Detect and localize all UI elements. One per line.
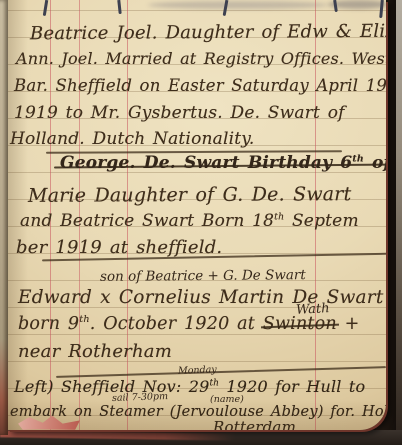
marriage-entry-line3: Bar. Sheffield on Easter Saturday April …: [14, 76, 386, 95]
struck-place-name: Swinton: [263, 314, 337, 334]
edward-entry-line2: born 9th. October 1920 at Swinton +: [18, 314, 360, 334]
marriage-entry-line2: Ann. Joel. Married at Registry Offices. …: [16, 49, 386, 68]
departure-line3: Rotterdam: [213, 418, 296, 430]
sail-time-annotation: sail 7-30pm: [112, 391, 168, 404]
binding-spine: [0, 0, 8, 435]
pen-divider: [56, 366, 386, 377]
george-note-text: of Aug: [364, 153, 386, 173]
edward-entry-line2-text: born 9: [18, 314, 79, 334]
edward-entry-line2-text: . October 1920 at: [90, 314, 263, 334]
edward-entry-line2-text: +: [337, 314, 360, 334]
ink-bleed-through: [148, 1, 328, 9]
ordinal-suffix: th: [79, 314, 89, 325]
edward-entry-annotation: son of Beatrice + G. De Swart: [100, 267, 306, 285]
marriage-entry-line3-text: Bar. Sheffield on Easter Saturday April …: [14, 76, 386, 95]
ordinal-suffix: th: [210, 379, 220, 389]
marriage-entry-line4: 1919 to Mr. Gysbertus. De. Swart of: [14, 103, 345, 123]
departure-line1: Left) Sheffield Nov: 29th 1920 for Hull …: [14, 377, 365, 396]
ordinal-suffix: th: [352, 153, 364, 164]
cutoff-pen-stroke: [379, 0, 384, 18]
marriage-entry-line1: Beatrice Joel. Daughter of Edw & Eliza: [30, 21, 386, 45]
ordinal-suffix: th: [274, 211, 284, 222]
cutoff-pen-stroke: [43, 0, 48, 16]
marie-entry-line2-text: Septem: [284, 211, 358, 231]
george-note-text: George. De. Swart Birthday 6: [60, 153, 352, 173]
notebook-page: Beatrice Joel. Daughter of Edw & Eliza A…: [8, 0, 386, 430]
george-note-struck: George. De. Swart Birthday 6th of Aug: [60, 153, 386, 173]
marie-entry-line3: ber 1919 at sheffield.: [16, 237, 222, 258]
marriage-entry-line5: Holland. Dutch Nationality.: [10, 129, 254, 149]
scanned-diary-page: Beatrice Joel. Daughter of Edw & Eliza A…: [0, 0, 402, 445]
edward-entry-line3: near Rotherham: [18, 341, 172, 362]
departure-day-annotation: Monday: [178, 364, 217, 376]
departure-line2-text: embark on Steamer (: [10, 404, 176, 420]
cutoff-pen-stroke: [117, 0, 121, 14]
departure-line2: embark on Steamer (Jervoulouse Abbey) fo…: [10, 404, 386, 420]
marie-entry-line2-text: and Beatrice Swart Born 18: [20, 211, 274, 231]
page-stack-edge: [396, 0, 402, 445]
marie-entry-line1: Marie Daughter of G. De. Swart: [28, 183, 352, 207]
marie-entry-line2: and Beatrice Swart Born 18th Septem: [20, 211, 359, 231]
